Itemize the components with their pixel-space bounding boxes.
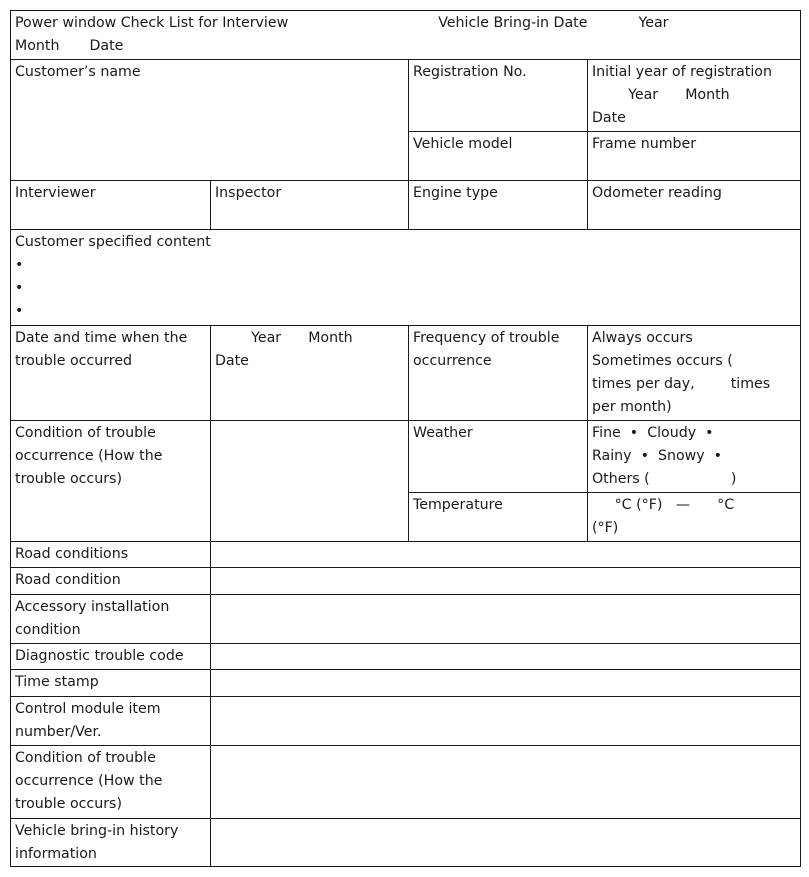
interviewer-field[interactable]: Interviewer [11,181,211,230]
bullet-1: • [15,254,795,277]
temperature-label: Temperature [413,497,503,513]
inspector-label: Inspector [215,185,281,201]
vehicle-model-label: Vehicle model [413,136,512,152]
power-window-check-list: Power window Check List for Interview Ve… [10,10,801,867]
row-label: Road conditions [11,542,211,568]
frequency-sometimes: Sometimes occurs ( [592,353,733,369]
temperature-field[interactable]: °C (°F) — °C (°F) [588,493,801,542]
bullet-3: • [15,300,795,323]
row-label: Road condition [11,568,211,595]
frequency-per-month: per month) [592,399,672,415]
row-label: Diagnostic trouble code [11,644,211,670]
weather-label-cell: Weather [409,421,588,493]
frequency-label-cell: Frequency of trouble occurrence [409,326,588,421]
frame-number-field[interactable]: Frame number [588,132,801,181]
date-time-date: Date [215,353,249,369]
header-cell: Power window Check List for Interview Ve… [11,11,801,60]
customer-name-label: Customer’s name [15,64,141,80]
customer-content-label: Customer specified content [15,234,211,250]
initial-registration-label: Initial year of registration [592,64,772,80]
registration-no-label: Registration No. [413,64,527,80]
temperature-unit: (°F) [592,520,618,536]
date-time-label-cell: Date and time when the trouble occurred [11,326,211,421]
diagnostic-trouble-code-field[interactable] [211,644,801,670]
vehicle-model-field[interactable]: Vehicle model [409,132,588,181]
row-label: Condition of trouble occurrence (How the… [11,746,211,819]
bring-in-history-field[interactable] [211,819,801,867]
accessory-installation-field[interactable] [211,595,801,644]
road-conditions-field[interactable] [211,542,801,568]
odometer-field[interactable]: Odometer reading [588,181,801,230]
customer-content-field[interactable]: Customer specified content • • • [11,230,801,326]
weather-line-2: Rainy • Snowy • [592,448,722,464]
bring-in-date: Date [89,38,123,54]
frame-number-label: Frame number [592,136,696,152]
temperature-label-cell: Temperature [409,493,588,542]
odometer-label: Odometer reading [592,185,722,201]
condition-label: Condition of trouble occurrence (How the… [15,425,162,487]
customer-name-field[interactable]: Customer’s name [11,60,409,181]
frequency-label: Frequency of trouble occurrence [413,330,559,369]
row-label: Vehicle bring-in history information [11,819,211,867]
date-time-ym: Year Month [215,330,353,346]
date-time-field[interactable]: Year Month Date [211,326,409,421]
weather-label: Weather [413,425,473,441]
bullet-2: • [15,277,795,300]
frequency-times-per-day: times per day, times [592,376,770,392]
inspector-field[interactable]: Inspector [211,181,409,230]
form-title: Power window Check List for Interview [15,15,288,31]
interviewer-label: Interviewer [15,185,96,201]
frequency-field[interactable]: Always occurs Sometimes occurs ( times p… [588,326,801,421]
time-stamp-field[interactable] [211,670,801,697]
bring-in-year: Year [638,15,668,31]
condition-field[interactable] [211,421,409,542]
weather-line-1: Fine • Cloudy • [592,425,714,441]
frequency-always: Always occurs [592,330,693,346]
temperature-range: °C (°F) — °C [592,497,734,513]
initial-registration-ym: Year Month [592,87,730,103]
weather-others: Others ( ) [592,471,736,487]
weather-field[interactable]: Fine • Cloudy • Rainy • Snowy • Others (… [588,421,801,493]
bring-in-month: Month [15,38,59,54]
engine-type-field[interactable]: Engine type [409,181,588,230]
row-label: Time stamp [11,670,211,697]
condition-detail-field[interactable] [211,746,801,819]
control-module-field[interactable] [211,697,801,746]
row-label: Accessory installation condition [11,595,211,644]
road-condition-field[interactable] [211,568,801,595]
engine-type-label: Engine type [413,185,498,201]
condition-label-cell: Condition of trouble occurrence (How the… [11,421,211,542]
initial-registration-date: Date [592,110,626,126]
bring-in-date-label: Vehicle Bring-in Date [438,15,587,31]
initial-registration-field[interactable]: Initial year of registration Year Month … [588,60,801,132]
registration-no-field[interactable]: Registration No. [409,60,588,132]
date-time-label: Date and time when the trouble occurred [15,330,187,369]
row-label: Control module item number/Ver. [11,697,211,746]
